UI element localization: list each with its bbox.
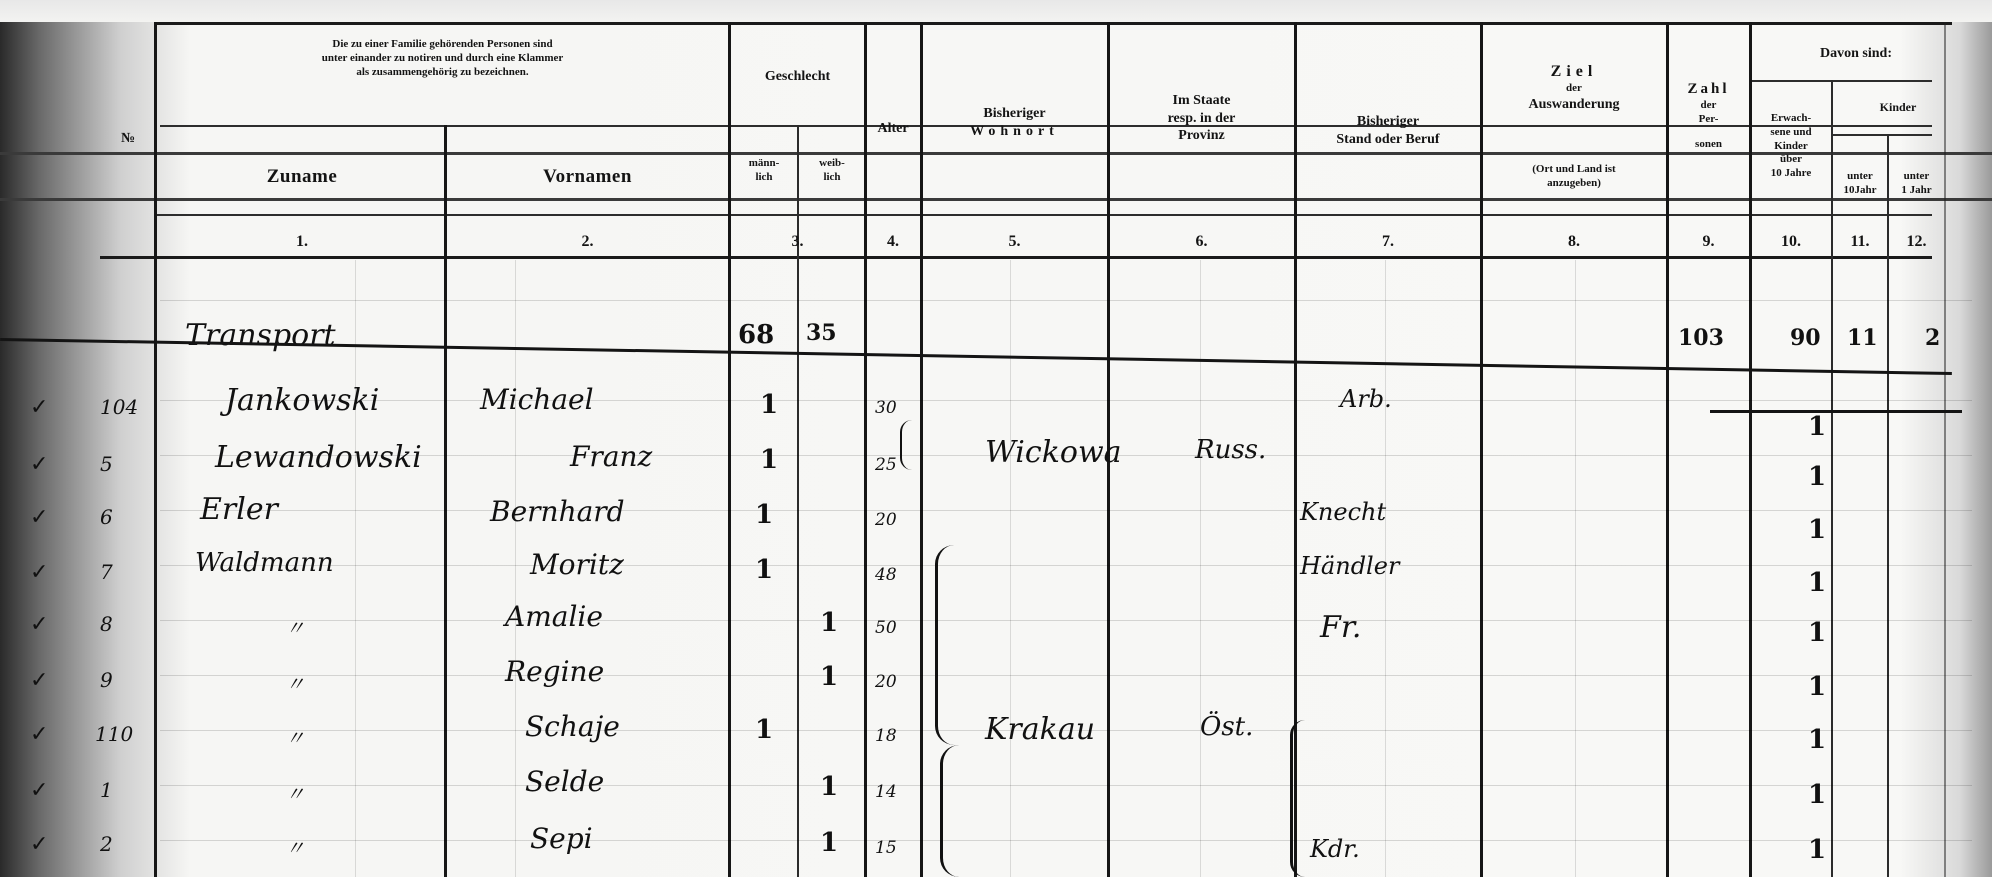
family-note-line-2: unter einander zu notiren und durch eine…: [160, 52, 725, 66]
row-nr: 9: [100, 668, 113, 692]
check-mark: ✓: [30, 560, 48, 585]
header-ziel: Ziel der Auswanderung: [1482, 62, 1666, 113]
transport-erwachsene: 90: [1790, 325, 1821, 351]
page-top-margin: [0, 0, 1992, 22]
colnum-1: 1.: [160, 232, 444, 252]
colnum-3: 3.: [731, 232, 864, 252]
male-mark: 1: [755, 715, 773, 745]
ditto-mark: 〃: [285, 778, 305, 807]
adult-mark: 1: [1808, 672, 1826, 702]
family-note: Die zu einer Familie gehörenden Personen…: [160, 38, 725, 79]
transport-underline: [1710, 410, 1962, 413]
transport-line: [0, 338, 1952, 375]
family-bracket-beruf: [1290, 720, 1305, 877]
occupation: Arb.: [1340, 385, 1392, 413]
row-nr: 2: [100, 832, 113, 856]
given-name: Moritz: [530, 548, 624, 581]
age: 14: [875, 782, 897, 802]
col-line-erwachsene: [1831, 80, 1833, 877]
age: 25: [875, 455, 897, 475]
kinder-rule: [1832, 134, 1932, 136]
state: Öst.: [1200, 712, 1253, 742]
header-staat: Im Staate resp. in der Provinz: [1109, 92, 1294, 145]
occupation: Kdr.: [1310, 835, 1360, 863]
transport-unter1: 2: [1925, 325, 1940, 351]
transport-maennlich: 68: [738, 320, 774, 350]
row-nr: 8: [100, 612, 113, 636]
age: 18: [875, 726, 897, 746]
row-nr: 7: [100, 560, 113, 584]
colnum-8: 8.: [1482, 232, 1666, 252]
transport-label: Transport: [185, 318, 336, 353]
page-crease-line: [0, 152, 1992, 155]
family-bracket-wohnort: [935, 545, 954, 745]
age: 15: [875, 838, 897, 858]
adult-mark: 1: [1808, 780, 1826, 810]
female-mark: 1: [820, 608, 838, 638]
male-mark: 1: [760, 445, 778, 475]
row-nr: 1: [100, 778, 113, 802]
surname: Waldmann: [195, 548, 334, 578]
given-name: Regine: [505, 655, 604, 688]
given-name: Schaje: [525, 710, 620, 743]
header-unter10: unter 10Jahr: [1833, 170, 1887, 198]
row-nr: 6: [100, 505, 113, 529]
number-row-bottom-rule: [100, 256, 1932, 259]
occupation: Fr.: [1320, 610, 1361, 645]
header-vornamen: Vornamen: [447, 165, 728, 189]
register-page: № Die zu einer Familie gehörenden Person…: [0, 0, 1992, 877]
ditto-mark: 〃: [285, 832, 305, 861]
colnum-9: 9.: [1668, 232, 1749, 252]
row-nr: 104: [100, 395, 138, 419]
bracket-rows-1-2: [900, 420, 912, 470]
header-unter1: unter 1 Jahr: [1889, 170, 1944, 198]
surname: Erler: [200, 492, 278, 527]
header-zahl: Zahl der Per- sonen: [1668, 80, 1749, 152]
header-bottom-rule: [0, 198, 1992, 201]
female-mark: 1: [820, 828, 838, 858]
header-beruf: Bisheriger Stand oder Beruf: [1296, 113, 1480, 148]
ditto-mark: 〃: [285, 722, 305, 751]
colnum-7: 7.: [1296, 232, 1480, 252]
adult-mark: 1: [1808, 412, 1826, 442]
colnum-11: 11.: [1833, 232, 1887, 252]
col-line-beruf: [1480, 22, 1483, 877]
header-erwachsene: Erwach- sene und Kinder über 10 Jahre: [1751, 112, 1831, 181]
female-mark: 1: [820, 662, 838, 692]
adult-mark: 1: [1808, 835, 1826, 865]
age: 50: [875, 618, 897, 638]
ditto-mark: 〃: [285, 612, 305, 641]
age: 48: [875, 565, 897, 585]
header-davon: Davon sind:: [1751, 45, 1961, 63]
surname: Jankowski: [225, 383, 379, 418]
check-mark: ✓: [30, 832, 48, 857]
check-mark: ✓: [30, 395, 48, 420]
transport-unter10: 11: [1847, 325, 1878, 351]
surname: Lewandowski: [215, 440, 422, 475]
ditto-mark: 〃: [285, 668, 305, 697]
col-line-alter: [920, 22, 923, 877]
check-mark: ✓: [30, 778, 48, 803]
check-mark: ✓: [30, 668, 48, 693]
row-nr: 5: [100, 452, 113, 476]
colnum-10: 10.: [1751, 232, 1831, 252]
adult-mark: 1: [1808, 462, 1826, 492]
header-maennlich: männ-lich: [731, 157, 797, 185]
top-rule: [155, 22, 1952, 25]
adult-mark: 1: [1808, 725, 1826, 755]
header-alter: Alter: [866, 120, 920, 138]
header-weiblich: weib-lich: [800, 157, 864, 185]
colnum-5: 5.: [922, 232, 1107, 252]
occupation: Händler: [1300, 552, 1399, 580]
transport-weiblich: 35: [806, 320, 837, 346]
residence: Wickowa: [985, 435, 1122, 470]
col-line-vornamen: [728, 22, 731, 877]
given-name: Franz: [570, 440, 652, 473]
col-line-nr: [154, 22, 157, 877]
col-line-unter1: [1944, 22, 1946, 877]
residence: Krakau: [985, 712, 1095, 747]
col-line-geschlecht: [864, 22, 867, 877]
given-name: Amalie: [505, 600, 603, 633]
adult-mark: 1: [1808, 515, 1826, 545]
male-mark: 1: [760, 390, 778, 420]
header-kinder: Kinder: [1833, 100, 1963, 115]
header-zuname: Zuname: [160, 165, 444, 189]
check-mark: ✓: [30, 452, 48, 477]
female-mark: 1: [820, 772, 838, 802]
header-geschlecht: Geschlecht: [731, 68, 864, 86]
age: 30: [875, 398, 897, 418]
age: 20: [875, 672, 897, 692]
state: Russ.: [1195, 435, 1266, 465]
adult-mark: 1: [1808, 618, 1826, 648]
check-mark: ✓: [30, 722, 48, 747]
given-name: Sepi: [530, 822, 593, 855]
occupation: Knecht: [1300, 498, 1386, 526]
family-note-line-3: als zusammengehörig zu bezeichnen.: [160, 66, 725, 80]
adult-mark: 1: [1808, 568, 1826, 598]
male-mark: 1: [755, 555, 773, 585]
given-name: Selde: [525, 765, 604, 798]
colnum-12: 12.: [1889, 232, 1944, 252]
check-mark: ✓: [30, 612, 48, 637]
male-mark: 1: [755, 500, 773, 530]
family-bracket-wohnort-lower: [940, 745, 959, 877]
nr-header: №: [108, 130, 148, 148]
colnum-4: 4.: [866, 232, 920, 252]
colnum-2: 2.: [447, 232, 728, 252]
header-ziel-note: (Ort und Land ist anzugeben): [1482, 163, 1666, 191]
given-name: Bernhard: [490, 495, 625, 528]
check-mark: ✓: [30, 505, 48, 530]
row-nr: 110: [95, 722, 133, 746]
age: 20: [875, 510, 897, 530]
colnum-6: 6.: [1109, 232, 1294, 252]
transport-zahl: 103: [1678, 325, 1724, 351]
header-wohnort: Bisheriger Wohnort: [922, 105, 1107, 140]
family-note-line-1: Die zu einer Familie gehörenden Personen…: [160, 38, 725, 52]
davon-rule: [1750, 80, 1932, 82]
given-name: Michael: [480, 383, 594, 416]
